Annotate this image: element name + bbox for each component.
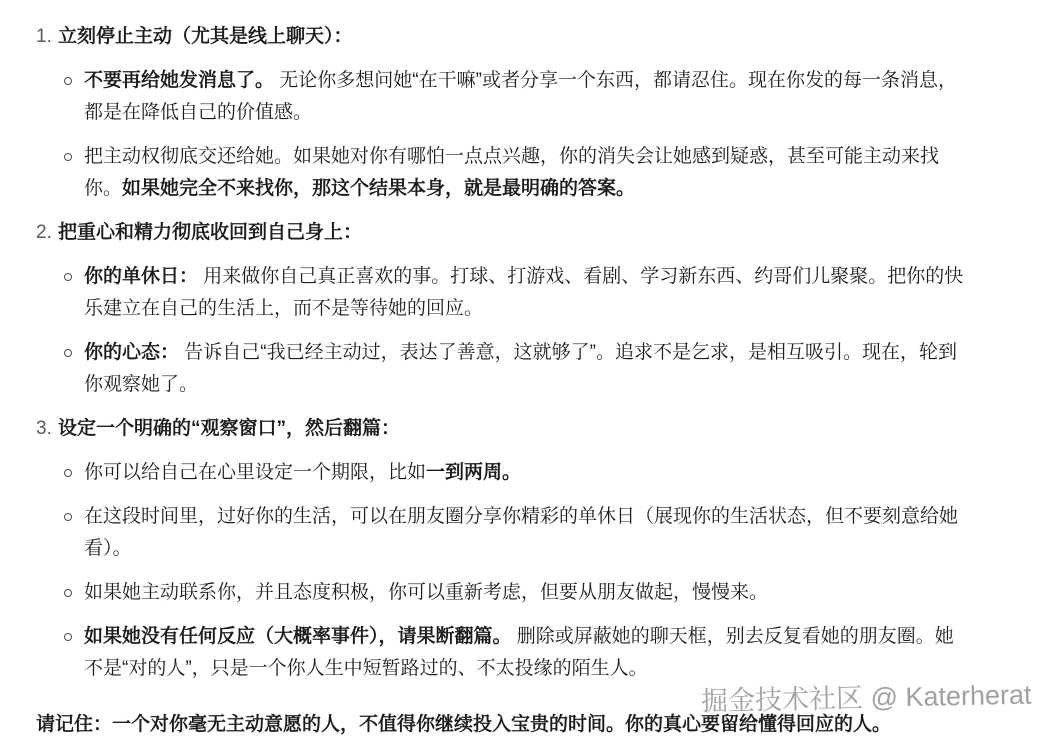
text-segment-bold: 如果她完全不来找你，那这个结果本身，就是最明确的答案。 [122,178,635,199]
numbered-heading: 1. 立刻停止主动（尤其是线上聊天）： [36,21,969,53]
text-segment-bold: 不要再给她发消息了。 [84,70,274,91]
text-segment-bold: 如果她没有任何反应（大概率事件），请果断翻篇。 [84,626,512,647]
numbered-item-3: 3. 设定一个明确的“观察窗口”，然后翻篇： 你可以给自己在心里设定一个期限，比… [36,413,969,685]
item-number: 2. [36,217,58,249]
numbered-item-2: 2. 把重心和精力彻底收回到自己身上： 你的单休日： 用来做你自己真正喜欢的事。… [36,217,969,401]
list-item: 你的单休日： 用来做你自己真正喜欢的事。打球、打游戏、看剧、学习新东西、约哥们儿… [36,261,969,325]
item-title: 立刻停止主动（尤其是线上聊天）： [58,21,969,53]
text-segment-bold: 你的心态： [84,342,179,363]
list-item: 你的心态： 告诉自己“我已经主动过，表达了善意，这就够了”。追求不是乞求，是相互… [36,337,969,401]
list-item-text: 如果她主动联系你，并且态度积极，你可以重新考虑，但要从朋友做起，慢慢来。 [84,577,969,609]
list-item-text: 把主动权彻底交还给她。如果她对你有哪怕一点点兴趣，你的消失会让她感到疑惑，甚至可… [84,141,969,205]
list-item: 你可以给自己在心里设定一个期限，比如一到两周。 [36,457,969,489]
bullet-circle-icon [64,589,72,597]
text-segment: 告诉自己“我已经主动过，表达了善意，这就够了”。追求不是乞求，是相互吸引。现在，… [84,342,957,395]
numbered-heading: 3. 设定一个明确的“观察窗口”，然后翻篇： [36,413,969,445]
list-item-text: 不要再给她发消息了。 无论你多想问她“在干嘛”或者分享一个东西，都请忍住。现在你… [84,65,969,129]
document-body: 1. 立刻停止主动（尤其是线上聊天）： 不要再给她发消息了。 无论你多想问她“在… [0,0,1047,739]
list-item-text: 你的心态： 告诉自己“我已经主动过，表达了善意，这就够了”。追求不是乞求，是相互… [84,337,969,401]
item-number: 1. [36,21,58,53]
bullet-circle-icon [64,349,72,357]
item-title: 把重心和精力彻底收回到自己身上： [58,217,969,249]
bullet-circle-icon [64,633,72,641]
bullet-circle-icon [64,77,72,85]
bullet-circle-icon [64,513,72,521]
list-item: 在这段时间里，过好你的生活，可以在朋友圈分享你精彩的单休日（展现你的生活状态，但… [36,501,969,565]
list-item: 不要再给她发消息了。 无论你多想问她“在干嘛”或者分享一个东西，都请忍住。现在你… [36,65,969,129]
list-item: 如果她主动联系你，并且态度积极，你可以重新考虑，但要从朋友做起，慢慢来。 [36,577,969,609]
text-segment: 你可以给自己在心里设定一个期限，比如 [84,462,426,483]
text-segment: 如果她主动联系你，并且态度积极，你可以重新考虑，但要从朋友做起，慢慢来。 [84,582,768,603]
item-number: 3. [36,413,58,445]
text-segment-bold: 一到两周。 [426,462,521,483]
list-item: 如果她没有任何反应（大概率事件），请果断翻篇。 删除或屏蔽她的聊天框，别去反复看… [36,621,969,685]
bullet-circle-icon [64,469,72,477]
list-item-text: 你可以给自己在心里设定一个期限，比如一到两周。 [84,457,969,489]
list-item-text: 在这段时间里，过好你的生活，可以在朋友圈分享你精彩的单休日（展现你的生活状态，但… [84,501,969,565]
bullet-circle-icon [64,273,72,281]
text-segment-bold: 你的单休日： [84,266,198,287]
bullet-circle-icon [64,153,72,161]
text-segment: 用来做你自己真正喜欢的事。打球、打游戏、看剧、学习新东西、约哥们儿聚聚。把你的快… [84,266,963,319]
item-title: 设定一个明确的“观察窗口”，然后翻篇： [58,413,969,445]
watermark: 掘金技术社区 @ Katerherat [700,678,1031,719]
list-item-text: 你的单休日： 用来做你自己真正喜欢的事。打球、打游戏、看剧、学习新东西、约哥们儿… [84,261,969,325]
list-item-text: 如果她没有任何反应（大概率事件），请果断翻篇。 删除或屏蔽她的聊天框，别去反复看… [84,621,969,685]
numbered-item-1: 1. 立刻停止主动（尤其是线上聊天）： 不要再给她发消息了。 无论你多想问她“在… [36,21,969,205]
text-segment: 在这段时间里，过好你的生活，可以在朋友圈分享你精彩的单休日（展现你的生活状态，但… [84,506,958,559]
list-item: 把主动权彻底交还给她。如果她对你有哪怕一点点兴趣，你的消失会让她感到疑惑，甚至可… [36,141,969,205]
numbered-heading: 2. 把重心和精力彻底收回到自己身上： [36,217,969,249]
